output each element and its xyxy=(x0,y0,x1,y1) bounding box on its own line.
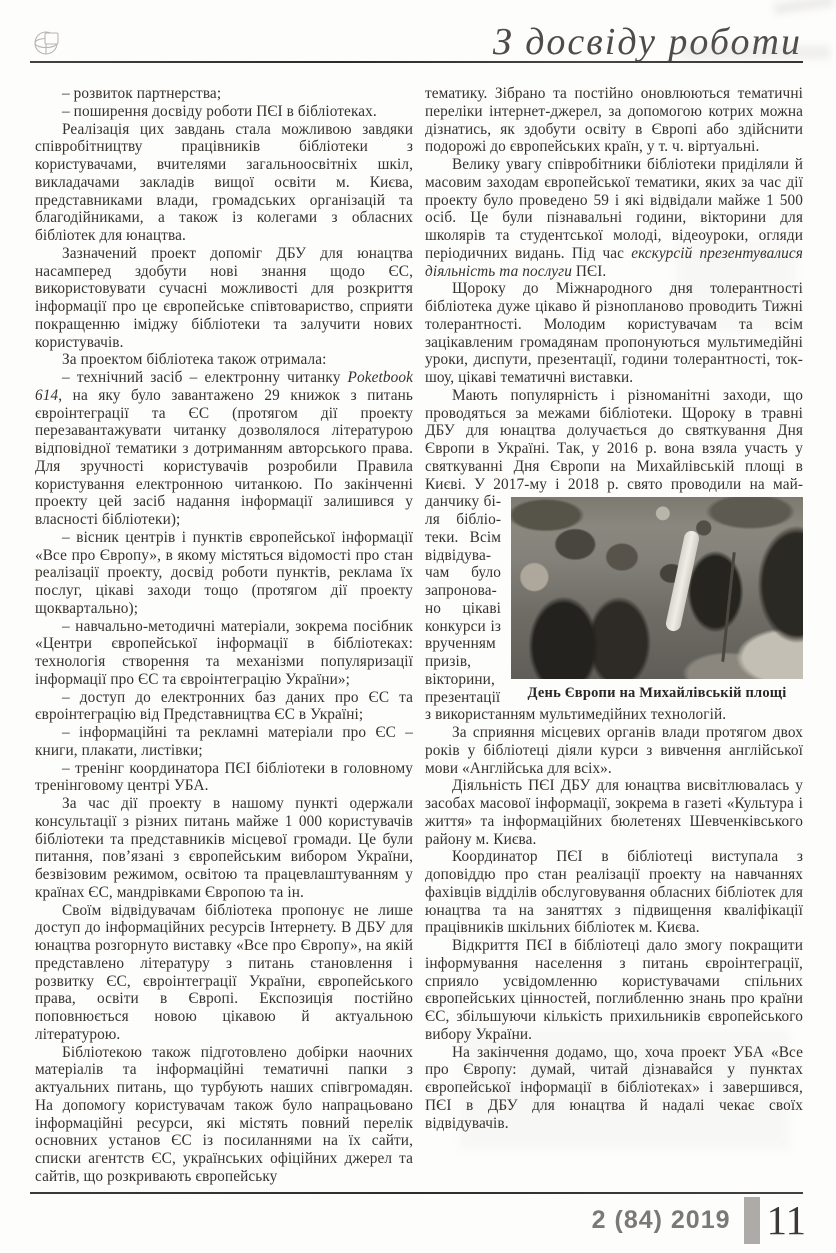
paragraph: За час дії проекту в нашому пункті одерж… xyxy=(35,795,413,902)
paragraph: На закінчення додамо, що, хоча проект УБ… xyxy=(425,1044,803,1133)
paragraph: Мають популярність і різноманітні заходи… xyxy=(425,387,803,724)
paragraph: Зазначений проект допоміг ДБУ для юнацтв… xyxy=(35,245,413,352)
article-body: – розвиток партнерства; – поширення досв… xyxy=(35,85,803,1186)
footer-divider-bar xyxy=(744,1197,760,1244)
list-item: – вісник центрів і пунктів європейської … xyxy=(35,529,413,618)
section-title: З досвіду роботи xyxy=(493,20,802,64)
scan-artifact xyxy=(774,0,835,14)
paragraph: Велику увагу співробітники бібліотеки пр… xyxy=(425,156,803,280)
paragraph-text: ПЄІ. xyxy=(572,263,606,280)
list-item: – інформаційні та рекламні матеріали про… xyxy=(35,724,413,760)
globe-icon xyxy=(32,25,64,61)
list-item: – поширення досвіду роботи ПЄІ в бібліот… xyxy=(35,103,413,121)
list-item: – розвиток партнерства; xyxy=(35,85,413,103)
page-footer: 2 (84) 2019 11 xyxy=(592,1197,806,1244)
paragraph: Діяльність ПЄІ ДБУ для юнацтва висвітлюв… xyxy=(425,777,803,848)
paragraph: За проектом бібліотека також отримала: xyxy=(35,351,413,369)
paragraph-text: – технічний засіб – електронну читанку xyxy=(62,369,348,386)
paragraph: Своїм відвідувачам бібліотека пропонує н… xyxy=(35,902,413,1044)
list-item: – навчально-методичні матеріали, зокрема… xyxy=(35,618,413,689)
photo-caption: День Європи на Михайлівській площі xyxy=(511,685,803,703)
page: З досвіду роботи – розвиток партнерства;… xyxy=(0,0,836,1253)
list-item: – технічний засіб – електронну читанку P… xyxy=(35,369,413,529)
paragraph: Відкриття ПЄІ в бібліотеці дало змогу по… xyxy=(425,937,803,1044)
paragraph-text: , на яку було завантажено 29 книжок з пи… xyxy=(35,387,413,528)
paragraph: Щороку до Міжнародного дня толерантності… xyxy=(425,280,803,387)
paragraph: Координатор ПЄІ в бібліотеці виступала з… xyxy=(425,848,803,937)
paragraph: Реалізація цих завдань стала можливою за… xyxy=(35,121,413,245)
list-item: – доступ до електронних баз даних про ЄС… xyxy=(35,689,413,725)
paragraph-text: Мають популярність і різноманітні заходи… xyxy=(425,387,803,493)
paragraph: За сприяння місцевих органів влади протя… xyxy=(425,724,803,777)
page-number: 11 xyxy=(767,1200,806,1241)
paragraph-continuation: тематику. Зібрано та постійно оновлюютьс… xyxy=(425,85,803,156)
header-rule xyxy=(30,61,803,63)
issue-number: 2 (84) 2019 xyxy=(592,1206,731,1235)
list-item: – тренінг координатора ПЄІ бібліотеки в … xyxy=(35,760,413,796)
paragraph: Бібліотекою також підготовлено добірки н… xyxy=(35,1044,413,1186)
footer-rule xyxy=(30,1192,803,1194)
photo-figure: День Європи на Михайлівській площі xyxy=(511,497,803,703)
right-column: тематику. Зібрано та постійно оновлюютьс… xyxy=(425,85,803,1186)
event-photo xyxy=(511,497,803,679)
left-column: – розвиток партнерства; – поширення досв… xyxy=(35,85,413,1186)
